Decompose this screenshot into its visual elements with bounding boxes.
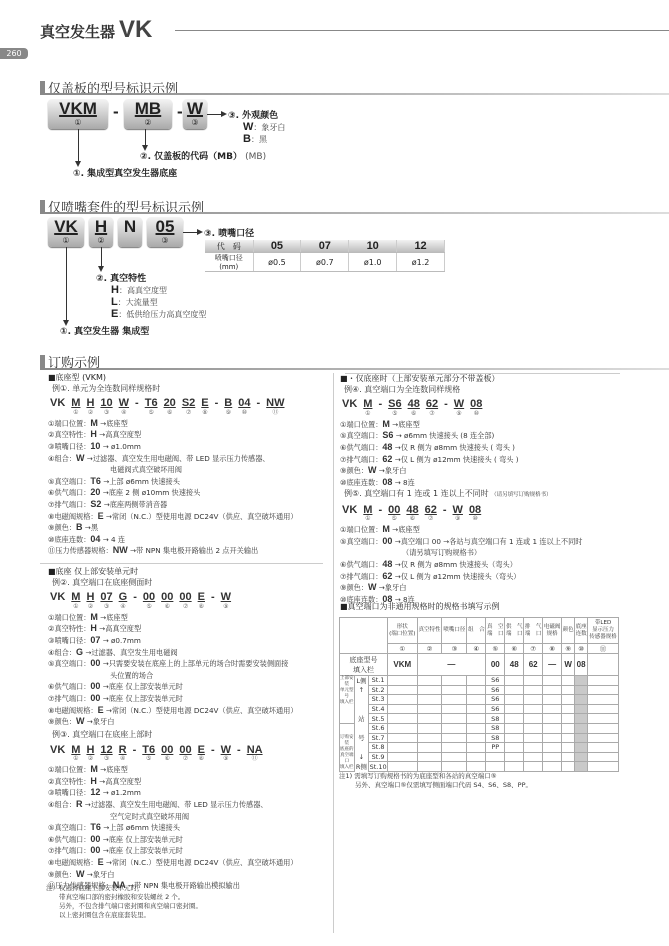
option-code: B [243, 133, 251, 145]
model-part: VK [50, 398, 65, 416]
station-label: St.9 [369, 752, 388, 762]
header-num: ③ [442, 644, 467, 654]
model-part: 08⑩ [469, 505, 481, 523]
station-cell [505, 704, 524, 714]
model-part-num: ⑪ [272, 409, 278, 416]
station-cell [575, 743, 588, 753]
spec-line: ⑥供气端口：00 →底座 仅上部安装单元时 [48, 681, 328, 693]
header-cell: 底座 连数 [575, 618, 588, 644]
station-cell [467, 695, 486, 705]
model-part-code: - [215, 398, 219, 409]
model-part-code: - [133, 592, 137, 603]
station-cell [505, 743, 524, 753]
model-part: 48⑥ [406, 505, 418, 523]
spec-line: 头位置的场合 [48, 670, 328, 682]
arrow-right-icon [221, 111, 227, 117]
station-cell [467, 743, 486, 753]
spec-line: ⑨颜色：W →象牙白 [48, 869, 328, 881]
station-cell [562, 685, 575, 695]
model-part: M① [363, 399, 372, 417]
spec-line: ⑨颜色：W →象牙白 [48, 716, 328, 728]
cell: ø0.7 [301, 253, 349, 272]
model-part-code: 08 [470, 399, 482, 410]
station-cell [543, 695, 562, 705]
model-part-num: ⑤ [392, 410, 397, 417]
header-num: ⑨ [562, 644, 575, 654]
model-part-code: H [86, 592, 94, 603]
station-cell [505, 676, 524, 686]
connector-line [183, 232, 198, 233]
station-cell [467, 714, 486, 724]
model-part-num: ⑦ [183, 755, 188, 762]
spec-line: ⑤真空端口：00 →真空端口 00 →各站与真空端口有 1 连或 1 连以上不同… [340, 536, 665, 548]
order-example-5: 例⑤. 真空端口有 1 连或 1 连以上不同时 （请另填写订购规格书） VK M… [340, 489, 665, 605]
model-part-num [444, 515, 446, 522]
cell: ø1.2 [397, 253, 445, 272]
order-example-1: ■底座型 (VKM) 例①. 单元为全连数同样规格时 VK M①H②10③W④-… [48, 373, 328, 557]
side-cell [354, 723, 369, 733]
spec-line: ②真空特性：H →高真空度型 [48, 623, 328, 635]
model-part-num: ⑥ [165, 755, 170, 762]
option-sep: ： [251, 135, 259, 144]
station-row: 上部安装 单元型号 填入栏L侧St.1S6 [340, 676, 619, 686]
model-part: 08⑩ [470, 399, 482, 417]
order-example-3: 例③. 真空端口在底座上部时 VK M①H②12③R④- T6⑤00⑥00⑦E⑧… [48, 730, 328, 892]
header-cell: 带LED 显示压力 传感器规格 [588, 618, 619, 644]
model-part-num: ⑨ [223, 603, 228, 610]
color-option-b: B：黑 [243, 133, 267, 145]
station-cell [417, 752, 442, 762]
model-part-num: ② [88, 755, 93, 762]
option-desc: 大流量型 [126, 298, 158, 307]
code-text: VK [48, 218, 84, 236]
note-line: 以上密封圈包含在底座套装里。 [46, 911, 326, 920]
spec-line: 空气定时式真空破坏用阀 [48, 811, 328, 823]
spec-line: ⑦排气端口：62 →仅 L 侧为 ø12mm 快速接头 ( 弯头 ) [340, 454, 665, 466]
model-part-num: ④ [120, 603, 125, 610]
station-cell [417, 743, 442, 753]
spec-line: ⑨颜色：W →象牙白 [340, 582, 665, 594]
code-box-n: N [118, 217, 142, 247]
model-part-code: 48 [406, 505, 418, 516]
model-part: H② [86, 745, 94, 763]
station-label: St.2 [369, 685, 388, 695]
block-heading: ■・仅底座时（上部安装单元部分不带盖板） [340, 374, 665, 385]
code-box-h: H ② [89, 217, 113, 247]
spec-line: ⑩底座连数：08 → 8连 [340, 477, 665, 489]
model-part-code: G [119, 592, 128, 603]
model-part: W④ [119, 398, 129, 416]
spec-line: ③喷嘴口径：07 → ø0.7mm [48, 635, 328, 647]
model-part-num: ⑥ [167, 409, 172, 416]
model-part-num: ⑤ [148, 409, 153, 416]
header-num: ⑧ [543, 644, 562, 654]
note-line: 另外，不包含排气端口密封圈和真空端口密封圈。 [46, 902, 326, 911]
model-part-num: ③ [104, 603, 109, 610]
station-cell [543, 733, 562, 743]
side-cell: ↑ [354, 685, 369, 695]
model-part-code: VK [50, 398, 65, 409]
model-code: VK M①H②12③R④- T6⑤00⑥00⑦E⑧- W⑨- NA⑪ [50, 745, 328, 763]
header-num: ① [388, 644, 418, 654]
station-cell: S6 [486, 676, 505, 686]
spec-line: ⑧电磁阀规格：E →常闭（N.C.）型使用电源 DC24V（供应、真空破坏通用） [48, 705, 328, 717]
code-text: MB [124, 100, 172, 118]
station-cell [442, 752, 467, 762]
section-rule [40, 93, 669, 95]
model-part: M① [71, 398, 80, 416]
label-nozzle: ③. 喷嘴口径 [204, 226, 254, 239]
section-rule [40, 212, 669, 214]
station-cell [467, 685, 486, 695]
base-label: 底座型号 填入栏 [340, 654, 388, 676]
station-cell [467, 676, 486, 686]
header-num: ⑥ [505, 644, 524, 654]
spec-line: ①端口位置：M →底座型 [48, 764, 328, 776]
nozzle-table-row: 喷嘴口径 (mm) ø0.5 ø0.7 ø1.0 ø1.2 [205, 253, 445, 272]
station-cell [442, 676, 467, 686]
spec-base-row: 底座型号 填入栏VKM—004862—W08 [340, 654, 619, 676]
station-cell [467, 723, 486, 733]
station-cell [388, 743, 418, 753]
spec-lines: ①端口位置：M →底座型⑤真空端口：S6 → ø6mm 快速接头 (8 连全部)… [340, 419, 665, 489]
station-cell [467, 733, 486, 743]
model-part: W⑨ [221, 592, 231, 610]
model-part-code: - [135, 398, 139, 409]
model-part-code: - [237, 745, 241, 756]
model-part: 04⑩ [238, 398, 250, 416]
spec-line: ⑨颜色：W →象牙白 [340, 465, 665, 477]
station-cell [524, 723, 543, 733]
label-vacuum-char: ②. 真空特性 [96, 271, 146, 284]
model-part-code: S2 [182, 398, 195, 409]
base-cell: — [543, 654, 562, 676]
model-part-code: 00 [143, 592, 155, 603]
station-cell [388, 714, 418, 724]
model-part: M① [71, 745, 80, 763]
station-cell [575, 695, 588, 705]
header-cell: 真 空 端 口 [486, 618, 505, 644]
spec-line: ⑧电磁阀规格：E →常闭（N.C.）型使用电源 DC24V（供应、真空破坏通用） [48, 857, 328, 869]
model-part-code: 12 [100, 745, 112, 756]
model-part-num: ① [73, 603, 78, 610]
station-cell [442, 685, 467, 695]
order-example-4: ■・仅底座时（上部安装单元部分不带盖板） 例④. 真空端口为全连数同样规格 VK… [340, 374, 665, 488]
header-cell: 代 码 [205, 240, 253, 253]
station-row: ↑St.2S6 [340, 685, 619, 695]
code-text: N [118, 218, 142, 236]
model-part-code: - [211, 745, 215, 756]
title-rule [175, 30, 669, 31]
station-cell [486, 752, 505, 762]
block-divider [40, 563, 323, 564]
model-part-code: R [119, 745, 127, 756]
model-part-code: 20 [164, 398, 176, 409]
model-part-code: W [453, 505, 463, 516]
model-part: 00⑥ [161, 592, 173, 610]
station-cell [467, 752, 486, 762]
station-cell [562, 714, 575, 724]
header-cell: 电磁阀 规格 [543, 618, 562, 644]
spec-line: 电磁阀式真空破坏用阀 [48, 464, 328, 476]
station-cell [524, 676, 543, 686]
model-part-code: 00 [161, 592, 173, 603]
station-cell [575, 723, 588, 733]
option-desc: 象牙白 [261, 123, 285, 132]
model-part-code: - [378, 399, 382, 410]
model-part: E⑧ [198, 592, 205, 610]
model-part-num: ⑤ [146, 603, 151, 610]
model-part: 00⑤ [388, 505, 400, 523]
page-number: 260 [0, 48, 28, 59]
spec-note: 注1) 需填写订购规格书的为底座型和各站的真空端口⑤ 另外、真空端口⑤仅需填写侧… [339, 772, 659, 790]
model-part-num: ⑤ [392, 515, 397, 522]
station-cell [388, 676, 418, 686]
model-part-num [349, 410, 351, 417]
model-part-code: E [201, 398, 208, 409]
station-cell [562, 704, 575, 714]
station-cell [588, 723, 619, 733]
station-cell [505, 723, 524, 733]
code-box-mb: MB ② [124, 99, 172, 129]
code-num: ① [48, 118, 108, 127]
spec-line: ⑤真空端口：00 →只需要安装在底座上的上部单元的场合时需要安装侧面接 [48, 658, 328, 670]
model-part-num: ⑨ [223, 755, 228, 762]
base-cell: 62 [524, 654, 543, 676]
model-part: - [133, 745, 137, 763]
model-part-code: H [86, 398, 94, 409]
model-part-num: ⑦ [186, 409, 191, 416]
station-cell [588, 733, 619, 743]
station-row: St.4S6 [340, 704, 619, 714]
spec-line: ①端口位置：M →底座型 [48, 612, 328, 624]
char-option-h: H：高真空度型 [111, 284, 167, 296]
side-cell: ↓ [354, 752, 369, 762]
station-cell [442, 695, 467, 705]
code-text: VKM [48, 100, 108, 118]
model-part-code: M [71, 398, 80, 409]
model-part-code: 48 [408, 399, 420, 410]
code-box-05: 05 ③ [147, 217, 183, 247]
model-part: W⑨ [454, 399, 464, 417]
model-part-code: W [119, 398, 129, 409]
model-part-num: ① [73, 409, 78, 416]
char-option-e: E：低供给压力高真空度型 [111, 308, 206, 320]
station-cell [562, 695, 575, 705]
model-part: W⑨ [453, 505, 463, 523]
option-sep: ： [119, 286, 127, 295]
model-part-code: T6 [145, 398, 158, 409]
model-part-num: ⑥ [410, 515, 415, 522]
station-cell: S8 [486, 723, 505, 733]
side-cell: L侧 [354, 676, 369, 686]
model-part-num: ④ [120, 755, 125, 762]
spec-sheet-heading: ■真空端口为非通用规格时的规格书填写示例 [340, 602, 500, 613]
code-box-vkm: VKM ① [48, 99, 108, 129]
option-desc: 低供给压力高真空度型 [126, 310, 206, 319]
station-cell [588, 676, 619, 686]
station-row: St.8PP [340, 743, 619, 753]
connector-line [207, 114, 222, 115]
model-part: 12③ [100, 745, 112, 763]
station-cell [543, 762, 562, 772]
model-part: B⑨ [224, 398, 232, 416]
model-part-num [57, 409, 59, 416]
arrow-right-icon [197, 229, 203, 235]
spec-line: （请另填写订购规格书） [340, 547, 665, 559]
model-part-code: VK [50, 745, 65, 756]
station-cell [505, 733, 524, 743]
example-title: 例①. 单元为全连数同样规格时 [48, 384, 328, 395]
block-heading: ■真空端口为非通用规格时的规格书填写示例 [340, 602, 500, 613]
station-row: 号St.7S8 [340, 733, 619, 743]
note-line: 另外、真空端口⑤仅需填写侧面端口代码 S4、S6、S8、PP。 [339, 781, 659, 790]
station-cell [562, 752, 575, 762]
model-part-num: ⑦ [429, 410, 434, 417]
model-part-code: 00 [179, 745, 191, 756]
model-part-code: - [443, 505, 447, 516]
spec-line: ⑦排气端口：S2 →底座两侧带消音器 [48, 499, 328, 511]
model-part-num: ① [365, 410, 370, 417]
spec-line: ⑦排气端口：00 →底座 仅上部安装单元时 [48, 693, 328, 705]
station-cell [442, 714, 467, 724]
header-num: ⑪ [588, 644, 619, 654]
model-part-code: - [133, 745, 137, 756]
station-cell [588, 704, 619, 714]
label-color: ③. 外观颜色 [228, 108, 278, 121]
model-part-num [379, 515, 381, 522]
model-part-num [349, 515, 351, 522]
station-cell [467, 762, 486, 772]
color-option-w: W：象牙白 [243, 121, 285, 133]
station-label: St.4 [369, 704, 388, 714]
model-part-num [57, 755, 59, 762]
station-cell [524, 685, 543, 695]
station-cell [543, 676, 562, 686]
spec-line: ⑥供气端口：20 →底座 2 侧 ø10mm 快速接头 [48, 487, 328, 499]
example-title: 例④. 真空端口为全连数同样规格 [340, 385, 665, 396]
station-cell [524, 752, 543, 762]
model-part: 62⑦ [426, 399, 438, 417]
model-part: - [257, 398, 261, 416]
model-part: 48⑥ [408, 399, 420, 417]
cell: ø0.5 [253, 253, 301, 272]
code-num: ① [48, 236, 84, 245]
station-cell [388, 723, 418, 733]
station-row: St.3S6 [340, 695, 619, 705]
connector-line [66, 247, 67, 321]
header-cell: 05 [253, 240, 301, 253]
model-part: H② [86, 398, 94, 416]
spec-line: ②真空特性：H →高真空度型 [48, 776, 328, 788]
station-label: St.8 [369, 743, 388, 753]
station-cell [417, 676, 442, 686]
model-part: VK [50, 592, 65, 610]
spec-line: ③喷嘴口径：12 → ø1.2mm [48, 787, 328, 799]
station-label: St.3 [369, 695, 388, 705]
side-cell [354, 695, 369, 705]
side-label-bottom: 订购安装 底座的 真空端口 填入栏 [340, 723, 355, 771]
model-part-num [212, 755, 214, 762]
model-part: S2⑦ [182, 398, 195, 416]
example-title: 例⑤. 真空端口有 1 连或 1 连以上不同时 [344, 489, 489, 498]
station-cell [562, 743, 575, 753]
model-part: T6⑤ [145, 398, 158, 416]
order-example-2: ■底座 仅上部安装单元时 例②. 真空端口在底座侧面时 VK M①H②07③G④… [48, 567, 328, 728]
base-cell: — [417, 654, 486, 676]
code-text: W [183, 100, 207, 118]
model-part-num: ⑦ [183, 603, 188, 610]
station-cell [543, 743, 562, 753]
header-cell: 喷嘴口径 [442, 618, 467, 644]
section-rule [40, 368, 669, 370]
option-code: L [111, 296, 118, 308]
code-text: H [89, 218, 113, 236]
spec-line: ⑩底座连数：04 → 4 连 [48, 534, 328, 546]
station-cell [543, 714, 562, 724]
model-part-code: NA [247, 745, 263, 756]
model-part-code: 10 [100, 398, 112, 409]
spec-line: ⑪压力传感器规格：NW →带 NPN 集电极开路输出 2 点开关输出 [48, 545, 328, 557]
model-part: NA⑪ [247, 745, 263, 763]
model-part: 00⑤ [143, 592, 155, 610]
spec-lines: ①端口位置：M →底座型②真空特性：H →高真空度型③喷嘴口径：07 → ø0.… [48, 612, 328, 728]
model-part-code: NW [266, 398, 284, 409]
model-part: T6⑤ [142, 745, 155, 763]
model-part: - [133, 592, 137, 610]
model-part: 10③ [100, 398, 112, 416]
model-part-num: ⑤ [146, 755, 151, 762]
example-title: 例②. 真空端口在底座侧面时 [48, 578, 328, 589]
spec-line: ①端口位置：M →底座型 [340, 419, 665, 431]
option-sep: ： [118, 298, 126, 307]
header-cell: 供 气 端 口 [505, 618, 524, 644]
model-part: 07③ [100, 592, 112, 610]
code-box-w: W ③ [183, 99, 207, 129]
station-cell [388, 762, 418, 772]
label-integrated: ①. 真空发生器 集成型 [60, 324, 149, 337]
option-desc: 黑 [259, 135, 267, 144]
model-part: VK [342, 399, 357, 417]
spec-line: ④组合：G →过滤器、真空发生用电磁阀 [48, 647, 328, 659]
spec-line: ①端口位置：M →底座型 [340, 524, 665, 536]
station-cell [524, 704, 543, 714]
model-part-num: ⑩ [242, 409, 247, 416]
station-cell [562, 676, 575, 686]
spec-line: ②真空特性：H →高真空度型 [48, 429, 328, 441]
station-cell: PP [486, 743, 505, 753]
model-part-code: 62 [425, 505, 437, 516]
model-part-code: W [454, 399, 464, 410]
station-cell [417, 723, 442, 733]
model-part-num [238, 755, 240, 762]
station-cell [588, 762, 619, 772]
code-num: ② [89, 236, 113, 245]
station-cell [562, 762, 575, 772]
station-cell [417, 704, 442, 714]
spec-line: ⑤真空端口：S6 → ø6mm 快速接头 (8 连全部) [340, 430, 665, 442]
station-row: R侧St.10 [340, 762, 619, 772]
dash: - [113, 102, 119, 122]
model-part: G④ [119, 592, 128, 610]
header-cell: 颜色 [562, 618, 575, 644]
model-part-code: 00 [179, 592, 191, 603]
station-cell [588, 695, 619, 705]
base-cell [588, 654, 619, 676]
station-cell [543, 752, 562, 762]
model-part: 00⑦ [179, 745, 191, 763]
option-code: W [243, 121, 253, 133]
